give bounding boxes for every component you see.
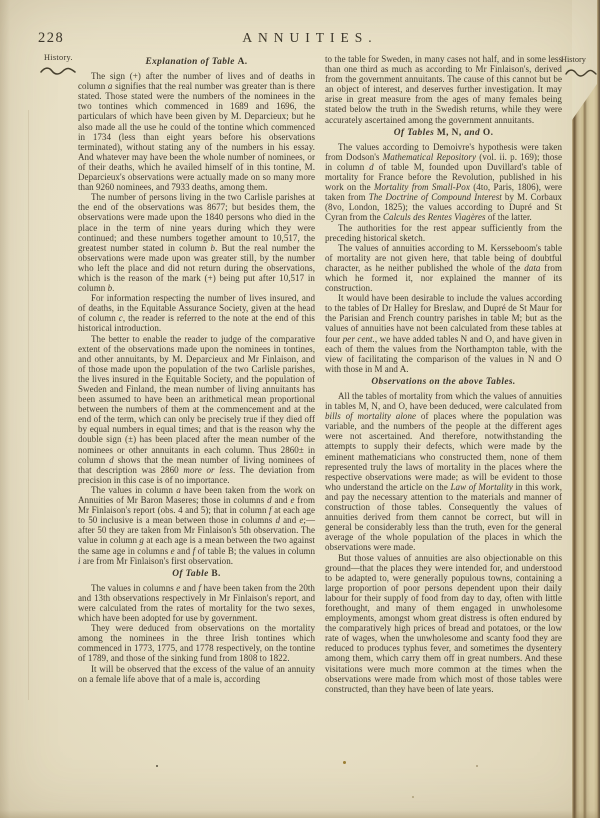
book-page-scan: 228 ANNUITIES. History. History Explanat… [0, 0, 600, 818]
page-bottom-shadow [0, 810, 600, 818]
body-paragraph: It will be observed that the excess of t… [78, 664, 315, 684]
right-column: to the table for Sweden, in many cases n… [325, 54, 562, 694]
body-paragraph-continuation: to the table for Sweden, in many cases n… [325, 54, 562, 125]
paper-speck [156, 765, 158, 767]
paper-speck [412, 796, 414, 798]
section-heading-observations: Observations on the above Tables. [325, 377, 562, 387]
margin-note-history-left: History. [44, 53, 73, 62]
body-paragraph: The values in column a have been taken f… [78, 485, 315, 566]
body-paragraph: All the tables of mortality from which t… [325, 391, 562, 553]
section-heading-explanation-of-table-a: Explanation of Table A. [78, 57, 315, 67]
body-paragraph: The values according to Demoivre's hypot… [325, 142, 562, 223]
body-paragraph: The sign (+) after the number of lives a… [78, 71, 315, 192]
body-paragraph: The values in columns e and f have been … [78, 583, 315, 623]
body-paragraph: They were deduced from observations on t… [78, 623, 315, 663]
left-column: Explanation of Table A. The sign (+) aft… [78, 54, 315, 694]
body-paragraph: It would have been desirable to include … [325, 293, 562, 374]
paper-speck [343, 761, 346, 764]
body-paragraph: The authorities for the rest appear suff… [325, 223, 562, 243]
running-title: ANNUITIES. [90, 30, 530, 46]
wave-flourish-icon [565, 65, 597, 83]
body-paragraph: For information respecting the number of… [78, 293, 315, 333]
page-left-shadow [0, 0, 10, 818]
body-paragraph: The number of persons living in the two … [78, 192, 315, 293]
section-heading-of-table-b: Of Table B. [78, 569, 315, 579]
body-paragraph: But those values of annuities are also o… [325, 553, 562, 694]
page-number: 228 [38, 30, 64, 47]
margin-note-history-right: History [561, 55, 586, 64]
paper-fold-artifact [28, 110, 29, 700]
body-paragraph: The better to enable the reader to judge… [78, 334, 315, 485]
paper-speck [476, 765, 478, 767]
page-edge-strips [572, 0, 600, 818]
body-paragraph: The values of annuities according to M. … [325, 243, 562, 293]
wave-flourish-icon [40, 63, 76, 81]
two-column-text-block: Explanation of Table A. The sign (+) aft… [78, 54, 562, 694]
section-heading-of-tables-m-n-o: Of Tables M, N, and O. [325, 128, 562, 138]
